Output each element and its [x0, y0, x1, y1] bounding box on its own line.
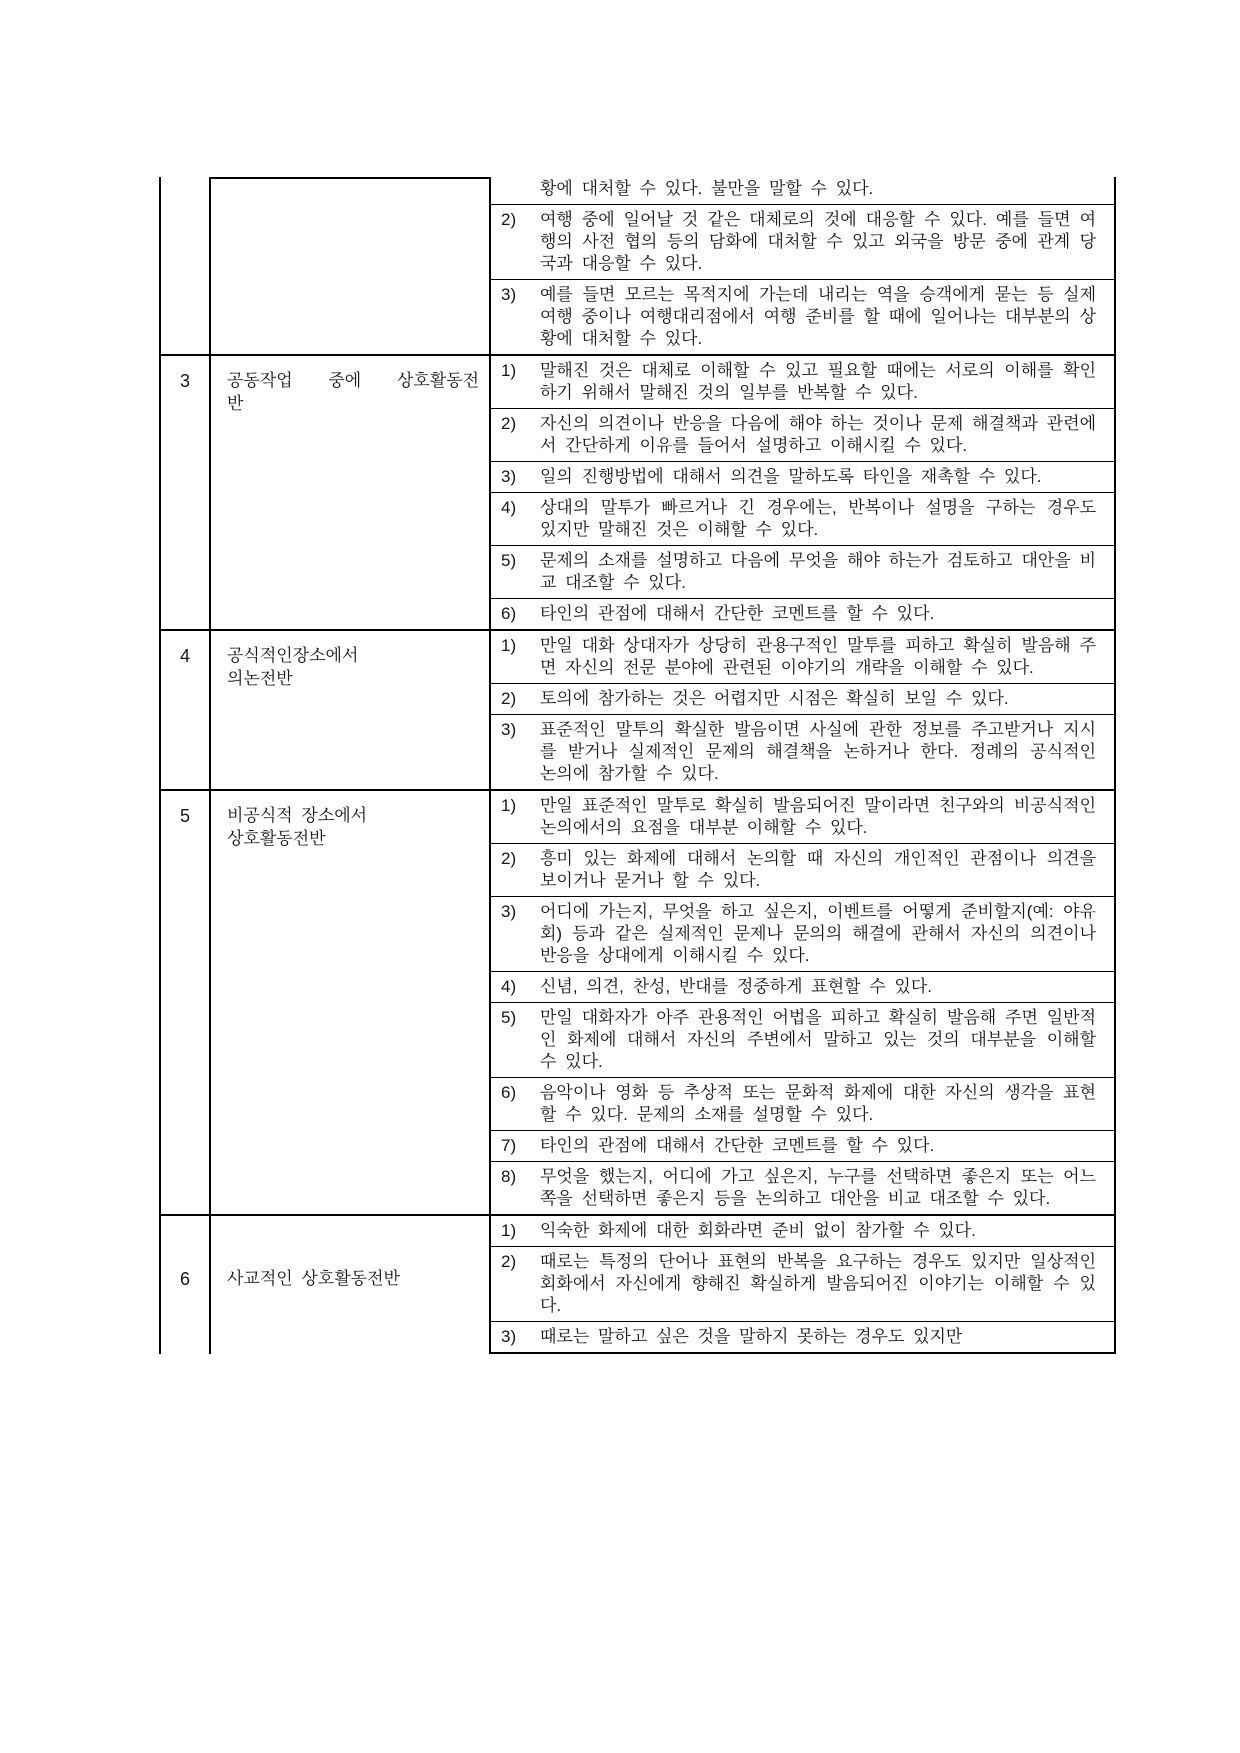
item-number: 3): [491, 284, 540, 350]
item-number: 2): [491, 209, 540, 275]
section-items-cell: 황에 대처할 수 있다. 불만을 말할 수 있다.2)여행 중에 일어날 것 같…: [491, 177, 1114, 354]
table-section: 6사교적인 상호활동전반1)익숙한 화제에 대한 회화라면 준비 없이 참가할 …: [161, 1214, 1114, 1354]
item-number: 5): [491, 550, 540, 594]
table-section: 4공식적인장소에서 의논전반1)만일 대화 상대자가 상당히 관용구적인 말투를…: [161, 629, 1114, 789]
table-item-row: 6)타인의 관점에 대해서 간단한 코멘트를 할 수 있다.: [491, 598, 1114, 629]
item-number: 3): [491, 901, 540, 967]
item-text: 표준적인 말투의 확실한 발음이면 사실에 관한 정보를 주고받거나 지시를 받…: [540, 719, 1114, 785]
table-item-row: 6)음악이나 영화 등 추상적 또는 문화적 화제에 대한 자신의 생각을 표현…: [491, 1077, 1114, 1130]
item-number: 7): [491, 1135, 540, 1157]
section-number: 5: [161, 791, 211, 1214]
item-number: 3): [491, 1326, 540, 1348]
table-item-row: 1)말해진 것은 대체로 이해할 수 있고 필요할 때에는 서로의 이해를 확인…: [491, 356, 1114, 408]
item-number: 2): [491, 688, 540, 710]
section-items-cell: 1)만일 대화 상대자가 상당히 관용구적인 말투를 피하고 확실히 발음해 주…: [491, 631, 1114, 789]
item-number: 1): [491, 635, 540, 679]
section-items-cell: 1)말해진 것은 대체로 이해할 수 있고 필요할 때에는 서로의 이해를 확인…: [491, 356, 1114, 629]
item-number: 5): [491, 1007, 540, 1073]
item-number: 3): [491, 466, 540, 488]
table-section: 3공동작업 중에 상호활동전 반1)말해진 것은 대체로 이해할 수 있고 필요…: [161, 354, 1114, 629]
table-item-row: 2)흥미 있는 화제에 대해서 논의할 때 자신의 개인적인 관점이나 의견을 …: [491, 843, 1114, 896]
section-label-cell: [211, 177, 491, 354]
document-page: { "table": { "sections": [ { "number": "…: [0, 0, 1240, 1753]
table-section: 5비공식적 장소에서 상호활동전반1)만일 표준적인 말투로 확실히 발음되어진…: [161, 789, 1114, 1214]
table-item-row: 황에 대처할 수 있다. 불만을 말할 수 있다.: [491, 177, 1114, 204]
item-text: 어디에 가는지, 무엇을 하고 싶은지, 이벤트를 어떻게 준비할지(예: 야유…: [540, 901, 1114, 967]
section-number: [161, 177, 211, 354]
item-number: 2): [491, 848, 540, 892]
section-label-cell: 공식적인장소에서 의논전반: [211, 631, 491, 789]
item-text: 음악이나 영화 등 추상적 또는 문화적 화제에 대한 자신의 생각을 표현할 …: [540, 1082, 1114, 1126]
table-item-row: 5)문제의 소재를 설명하고 다음에 무엇을 해야 하는가 검토하고 대안을 비…: [491, 545, 1114, 598]
item-number: 8): [491, 1166, 540, 1210]
item-text: 상대의 말투가 빠르거나 긴 경우에는, 반복이나 설명을 구하는 경우도 있지…: [540, 497, 1114, 541]
item-text: 신념, 의견, 찬성, 반대를 정중하게 표현할 수 있다.: [540, 976, 1114, 998]
section-items-cell: 1)만일 표준적인 말투로 확실히 발음되어진 말이라면 친구와의 비공식적인 …: [491, 791, 1114, 1214]
table-item-row: 8)무엇을 했는지, 어디에 가고 싶은지, 누구를 선택하면 좋은지 또는 어…: [491, 1161, 1114, 1214]
item-number: 6): [491, 1082, 540, 1126]
item-text: 여행 중에 일어날 것 같은 대체로의 것에 대응할 수 있다. 예를 들면 여…: [540, 209, 1114, 275]
section-number: 6: [161, 1216, 211, 1354]
table-item-row: 3)때로는 말하고 싶은 것을 말하지 못하는 경우도 있지만: [491, 1321, 1114, 1352]
table-item-row: 4)상대의 말투가 빠르거나 긴 경우에는, 반복이나 설명을 구하는 경우도 …: [491, 492, 1114, 545]
item-text: 만일 대화 상대자가 상당히 관용구적인 말투를 피하고 확실히 발음해 주면 …: [540, 635, 1114, 679]
item-text: 문제의 소재를 설명하고 다음에 무엇을 해야 하는가 검토하고 대안을 비교 …: [540, 550, 1114, 594]
item-text: 타인의 관점에 대해서 간단한 코멘트를 할 수 있다.: [540, 603, 1114, 625]
item-text: 타인의 관점에 대해서 간단한 코멘트를 할 수 있다.: [540, 1135, 1114, 1157]
item-text: 예를 들면 모르는 목적지에 가는데 내리는 역을 승객에게 묻는 등 실제 여…: [540, 284, 1114, 350]
proficiency-table: 황에 대처할 수 있다. 불만을 말할 수 있다.2)여행 중에 일어날 것 같…: [159, 177, 1116, 1354]
section-label-cell: 사교적인 상호활동전반: [211, 1216, 491, 1354]
item-number: 2): [491, 1251, 540, 1317]
item-number: 1): [491, 1220, 540, 1242]
table-section: 황에 대처할 수 있다. 불만을 말할 수 있다.2)여행 중에 일어날 것 같…: [161, 177, 1114, 354]
item-text: 때로는 특정의 단어나 표현의 반복을 요구하는 경우도 있지만 일상적인 회화…: [540, 1251, 1114, 1317]
table-item-row: 2)토의에 참가하는 것은 어렵지만 시점은 확실히 보일 수 있다.: [491, 683, 1114, 714]
item-number: 4): [491, 976, 540, 998]
item-number: [491, 178, 540, 200]
section-label: 비공식적 장소에서 상호활동전반: [227, 804, 479, 850]
item-text: 흥미 있는 화제에 대해서 논의할 때 자신의 개인적인 관점이나 의견을 보이…: [540, 848, 1114, 892]
table-item-row: 3)예를 들면 모르는 목적지에 가는데 내리는 역을 승객에게 묻는 등 실제…: [491, 279, 1114, 354]
item-text: 만일 대화자가 아주 관용적인 어법을 피하고 확실히 발음해 주면 일반적인 …: [540, 1007, 1114, 1073]
table-item-row: 1)익숙한 화제에 대한 회화라면 준비 없이 참가할 수 있다.: [491, 1216, 1114, 1246]
item-text: 자신의 의견이나 반응을 다음에 해야 하는 것이나 문제 해결책과 관련에서 …: [540, 413, 1114, 457]
table-item-row: 2)때로는 특정의 단어나 표현의 반복을 요구하는 경우도 있지만 일상적인 …: [491, 1246, 1114, 1321]
item-text: 무엇을 했는지, 어디에 가고 싶은지, 누구를 선택하면 좋은지 또는 어느 …: [540, 1166, 1114, 1210]
item-text: 말해진 것은 대체로 이해할 수 있고 필요할 때에는 서로의 이해를 확인하기…: [540, 360, 1114, 404]
item-text: 때로는 말하고 싶은 것을 말하지 못하는 경우도 있지만: [540, 1326, 1114, 1348]
table-item-row: 1)만일 대화 상대자가 상당히 관용구적인 말투를 피하고 확실히 발음해 주…: [491, 631, 1114, 683]
item-number: 4): [491, 497, 540, 541]
section-label-cell: 비공식적 장소에서 상호활동전반: [211, 791, 491, 1214]
table-item-row: 3)표준적인 말투의 확실한 발음이면 사실에 관한 정보를 주고받거나 지시를…: [491, 714, 1114, 789]
item-number: 1): [491, 795, 540, 839]
item-number: 2): [491, 413, 540, 457]
table-item-row: 2)여행 중에 일어날 것 같은 대체로의 것에 대응할 수 있다. 예를 들면…: [491, 204, 1114, 279]
section-label-cell: 공동작업 중에 상호활동전 반: [211, 356, 491, 629]
table-item-row: 4)신념, 의견, 찬성, 반대를 정중하게 표현할 수 있다.: [491, 971, 1114, 1002]
item-number: 1): [491, 360, 540, 404]
item-text: 일의 진행방법에 대해서 의견을 말하도록 타인을 재촉할 수 있다.: [540, 466, 1114, 488]
section-label: 공동작업 중에 상호활동전 반: [227, 369, 479, 415]
section-number: 3: [161, 356, 211, 629]
item-number: 6): [491, 603, 540, 625]
table-item-row: 5)만일 대화자가 아주 관용적인 어법을 피하고 확실히 발음해 주면 일반적…: [491, 1002, 1114, 1077]
item-number: 3): [491, 719, 540, 785]
item-text: 익숙한 화제에 대한 회화라면 준비 없이 참가할 수 있다.: [540, 1220, 1114, 1242]
section-label: 사교적인 상호활동전반: [227, 1267, 479, 1290]
item-text: 토의에 참가하는 것은 어렵지만 시점은 확실히 보일 수 있다.: [540, 688, 1114, 710]
item-text: 황에 대처할 수 있다. 불만을 말할 수 있다.: [540, 178, 1114, 200]
section-label: 공식적인장소에서 의논전반: [227, 644, 479, 690]
table-item-row: 2)자신의 의견이나 반응을 다음에 해야 하는 것이나 문제 해결책과 관련에…: [491, 408, 1114, 461]
section-number: 4: [161, 631, 211, 789]
item-text: 만일 표준적인 말투로 확실히 발음되어진 말이라면 친구와의 비공식적인 논의…: [540, 795, 1114, 839]
section-items-cell: 1)익숙한 화제에 대한 회화라면 준비 없이 참가할 수 있다.2)때로는 특…: [491, 1216, 1114, 1354]
table-item-row: 7)타인의 관점에 대해서 간단한 코멘트를 할 수 있다.: [491, 1130, 1114, 1161]
table-item-row: 1)만일 표준적인 말투로 확실히 발음되어진 말이라면 친구와의 비공식적인 …: [491, 791, 1114, 843]
table-item-row: 3)일의 진행방법에 대해서 의견을 말하도록 타인을 재촉할 수 있다.: [491, 461, 1114, 492]
table-item-row: 3)어디에 가는지, 무엇을 하고 싶은지, 이벤트를 어떻게 준비할지(예: …: [491, 896, 1114, 971]
